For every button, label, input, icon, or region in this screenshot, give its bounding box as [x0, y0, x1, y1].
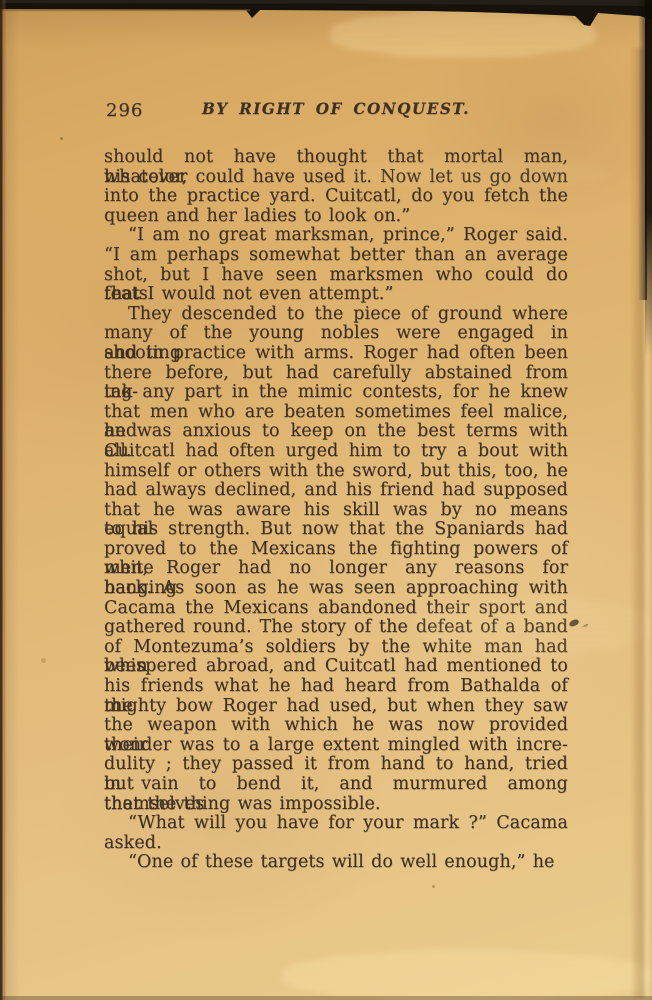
text-line: “I am no great marksman, prince,” Roger …	[104, 226, 568, 246]
text-line: Cuitcatl had often urged him to try a bo…	[104, 442, 568, 462]
scan-light-streak	[283, 950, 652, 1000]
page-edge-crease	[630, 48, 652, 998]
text-line: ing any part in the mimic contests, for …	[104, 383, 568, 403]
text-line: that he was aware his skill was by no me…	[104, 501, 568, 521]
text-line: his friends what he had heard from Batha…	[104, 677, 568, 697]
text-line: that men who are beaten sometimes feel m…	[104, 403, 568, 423]
ink-fleck	[568, 619, 579, 628]
text-line: the weapon with which he was now provide…	[104, 716, 568, 736]
text-line: They descended to the piece of ground wh…	[104, 305, 568, 325]
text-line: into the practice yard. Cuitcatl, do you…	[104, 187, 568, 207]
text-line: gathered round. The story of the defeat …	[104, 618, 568, 638]
text-line: that the thing was impossible.	[104, 795, 568, 815]
running-header: BY RIGHT OF CONQUEST.	[116, 99, 557, 118]
text-line: should not have thought that mortal man,…	[104, 148, 568, 168]
text-line: there before, but had carefully abstaine…	[104, 364, 568, 384]
text-line: proved to the Mexicans the fighting powe…	[104, 540, 568, 560]
text-line: of Montezuma’s soldiers by the white man…	[104, 638, 568, 658]
text-line: himself or others with the sword, but th…	[104, 462, 568, 482]
paper-specks	[60, 137, 63, 140]
text-line: mighty bow Roger had used, but when they…	[104, 697, 568, 717]
page-header: 296 BY RIGHT OF CONQUEST.	[104, 99, 568, 125]
text-line: had always declined, and his friend had …	[104, 481, 568, 501]
text-line: to his strength. But now that the Spania…	[104, 520, 568, 540]
text-line: and in practice with arms. Roger had oft…	[104, 344, 568, 364]
text-line: that I would not even attempt.”	[104, 285, 568, 305]
text-line: he was anxious to keep on the best terms…	[104, 422, 568, 442]
text-line: whispered abroad, and Cuitcatl had menti…	[104, 657, 568, 677]
text-line: “I am perhaps somewhat better than an av…	[104, 246, 568, 266]
text-line: back. As soon as he was seen approaching…	[104, 579, 568, 599]
text-line: queen and her ladies to look on.”	[104, 207, 568, 227]
text-line: his color, could have used it. Now let u…	[104, 168, 568, 188]
text-line: men, Roger had no longer any reasons for…	[104, 559, 568, 579]
book-page-scan: 296 BY RIGHT OF CONQUEST. should not hav…	[0, 0, 652, 1000]
scan-light-streak	[330, 11, 596, 58]
text-line: wonder was to a large extent mingled wit…	[104, 736, 568, 756]
text-line: many of the young nobles were engaged in…	[104, 324, 568, 344]
text-line: Cacama the Mexicans abandoned their spor…	[104, 599, 568, 619]
text-line: asked.	[104, 834, 568, 854]
body-text: should not have thought that mortal man,…	[104, 148, 568, 873]
text-line: “What will you have for your mark ?” Cac…	[104, 814, 568, 834]
text-line: in vain to bend it, and murmured among t…	[104, 775, 568, 795]
text-line: dulity ; they passed it from hand to han…	[104, 755, 568, 775]
text-line: shot, but I have seen marksmen who could…	[104, 266, 568, 286]
text-line: “One of these targets will do well enoug…	[104, 853, 568, 873]
